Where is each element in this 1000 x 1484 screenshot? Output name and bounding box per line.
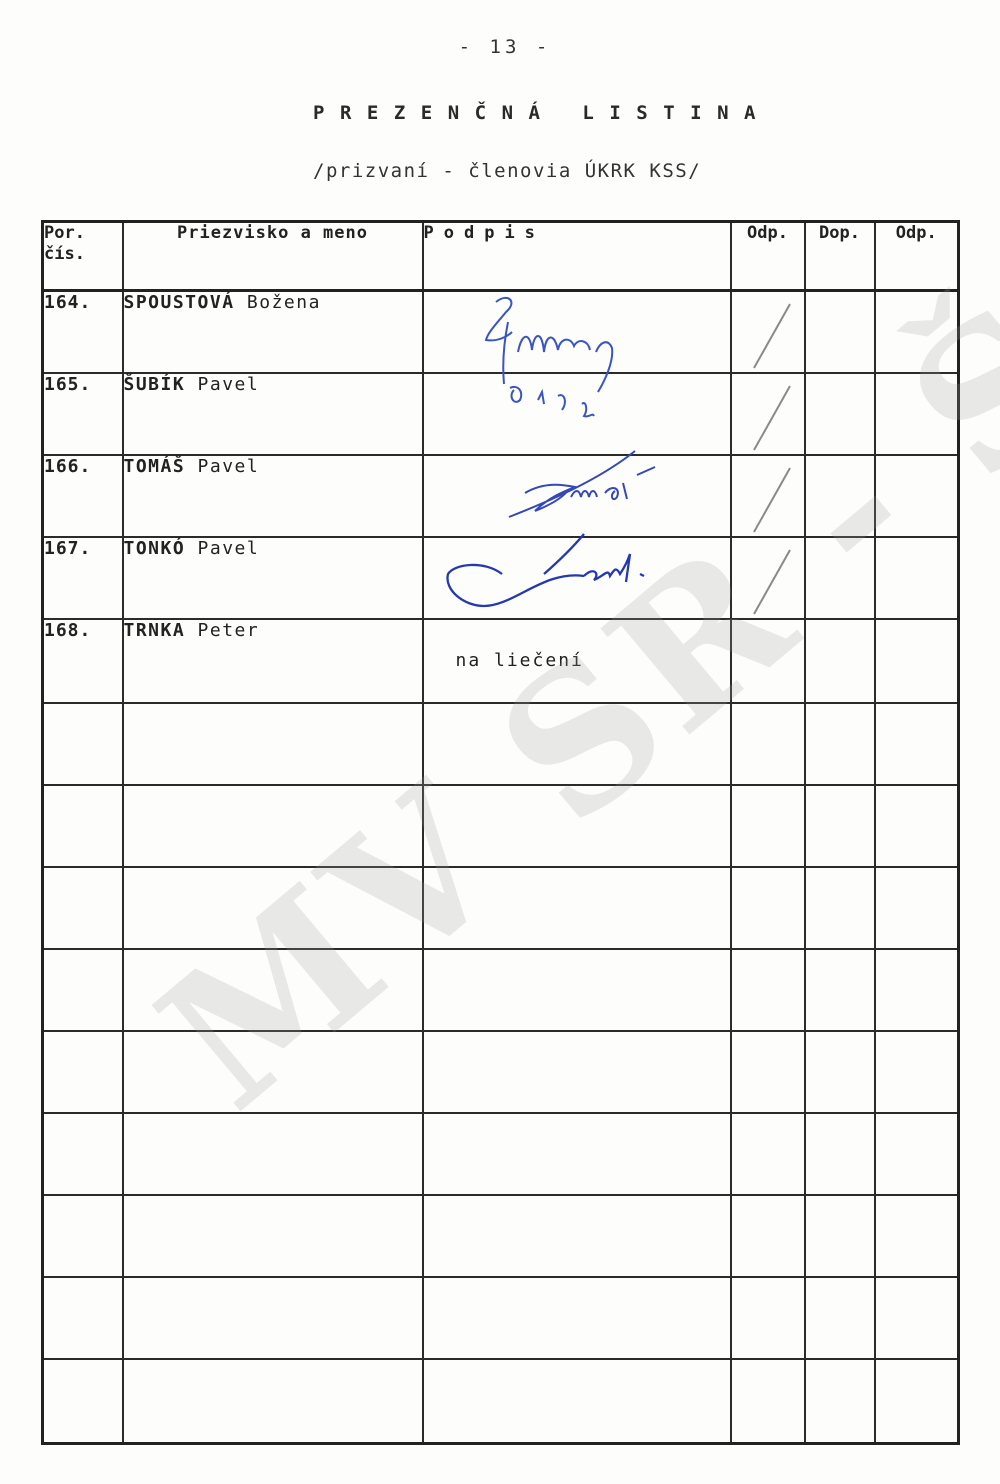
row-first-name: Peter [198, 620, 260, 641]
row-odp-2-cell[interactable] [875, 867, 959, 949]
document-subtitle: /prizvaní - členovia ÚKRK KSS/ [313, 160, 701, 182]
row-number [43, 1359, 123, 1444]
header-dop: Dop. [805, 222, 875, 291]
row-odp-2-cell[interactable] [875, 1277, 959, 1359]
row-dop-cell[interactable] [805, 785, 875, 867]
row-odp-2-cell[interactable] [875, 537, 959, 619]
row-odp-2-cell[interactable] [875, 1359, 959, 1444]
row-number: 164. [43, 291, 123, 374]
row-signature-cell[interactable] [423, 1113, 731, 1195]
row-signature-cell[interactable] [423, 1359, 731, 1444]
row-surname: TONKÓ [124, 538, 186, 559]
row-dop-cell[interactable] [805, 1195, 875, 1277]
row-number: 167. [43, 537, 123, 619]
row-dop-cell[interactable] [805, 867, 875, 949]
row-signature-cell[interactable] [423, 703, 731, 785]
row-number [43, 1113, 123, 1195]
row-name: TONKÓ Pavel [123, 537, 423, 619]
row-name: TRNKA Peter [123, 619, 423, 703]
row-dop-cell[interactable] [805, 949, 875, 1031]
row-dop-cell[interactable] [805, 455, 875, 537]
table-row [43, 1113, 959, 1195]
row-odp-2-cell[interactable] [875, 455, 959, 537]
row-dop-cell[interactable] [805, 619, 875, 703]
row-odp-2-cell[interactable] [875, 373, 959, 455]
table-row [43, 785, 959, 867]
row-dop-cell[interactable] [805, 537, 875, 619]
row-odp-2-cell[interactable] [875, 785, 959, 867]
row-first-name: Pavel [198, 538, 260, 559]
row-odp-2-cell[interactable] [875, 291, 959, 374]
row-number [43, 1195, 123, 1277]
row-name [123, 703, 423, 785]
signature-tonko [444, 530, 684, 615]
header-name: Priezvisko a meno [123, 222, 423, 291]
row-odp-1-cell[interactable] [731, 703, 805, 785]
row-dop-cell[interactable] [805, 1113, 875, 1195]
row-odp-1-cell[interactable] [731, 1113, 805, 1195]
row-odp-1-cell[interactable] [731, 1195, 805, 1277]
row-name: ŠUBÍK Pavel [123, 373, 423, 455]
row-number [43, 703, 123, 785]
row-name [123, 1277, 423, 1359]
row-signature-note: na liečení [456, 650, 584, 671]
pencil-tick-icon [746, 382, 796, 452]
table-header-row: Por. čís. Priezvisko a meno Podpis Odp. … [43, 222, 959, 291]
table-row [43, 703, 959, 785]
row-name: SPOUSTOVÁ Božena [123, 291, 423, 374]
row-name [123, 785, 423, 867]
row-dop-cell[interactable] [805, 1031, 875, 1113]
table-row [43, 1277, 959, 1359]
row-first-name: Pavel [198, 456, 260, 477]
table-row [43, 949, 959, 1031]
row-odp-1-cell[interactable] [731, 291, 805, 374]
row-signature-cell[interactable] [423, 1031, 731, 1113]
row-number: 165. [43, 373, 123, 455]
row-name [123, 1031, 423, 1113]
pencil-tick-icon [746, 464, 796, 534]
table-row: 168. TRNKA Peter na liečení [43, 619, 959, 703]
pencil-tick-icon [746, 546, 796, 616]
header-signature: Podpis [423, 222, 731, 291]
row-odp-2-cell[interactable] [875, 703, 959, 785]
row-odp-1-cell[interactable] [731, 949, 805, 1031]
row-number [43, 1277, 123, 1359]
row-odp-2-cell[interactable] [875, 1195, 959, 1277]
header-odp-2: Odp. [875, 222, 959, 291]
row-odp-1-cell[interactable] [731, 867, 805, 949]
row-dop-cell[interactable] [805, 291, 875, 374]
header-number: Por. čís. [43, 222, 123, 291]
row-number [43, 785, 123, 867]
row-odp-2-cell[interactable] [875, 619, 959, 703]
row-number: 168. [43, 619, 123, 703]
table-row [43, 867, 959, 949]
row-odp-2-cell[interactable] [875, 1031, 959, 1113]
row-number: 166. [43, 455, 123, 537]
row-odp-1-cell[interactable] [731, 537, 805, 619]
signature-tomas [505, 445, 705, 530]
row-odp-1-cell[interactable] [731, 455, 805, 537]
row-number [43, 1031, 123, 1113]
header-number-line1: Por. [44, 223, 122, 244]
table-row [43, 1195, 959, 1277]
page-number: - 13 - [0, 36, 1000, 58]
row-odp-2-cell[interactable] [875, 949, 959, 1031]
row-odp-1-cell[interactable] [731, 1031, 805, 1113]
row-name: TOMÁŠ Pavel [123, 455, 423, 537]
table-row [43, 1031, 959, 1113]
row-odp-1-cell[interactable] [731, 1277, 805, 1359]
signature-spoustova [478, 292, 678, 442]
row-number [43, 949, 123, 1031]
row-signature-cell[interactable] [423, 1277, 731, 1359]
row-name [123, 1195, 423, 1277]
row-odp-1-cell[interactable] [731, 373, 805, 455]
row-name [123, 1359, 423, 1444]
row-signature-cell[interactable] [423, 867, 731, 949]
row-first-name: Pavel [198, 374, 260, 395]
row-dop-cell[interactable] [805, 373, 875, 455]
row-surname: ŠUBÍK [124, 374, 186, 395]
row-first-name: Božena [247, 292, 321, 313]
row-surname: TRNKA [124, 620, 186, 641]
row-signature-cell[interactable] [423, 785, 731, 867]
row-surname: SPOUSTOVÁ [124, 292, 235, 313]
row-name [123, 867, 423, 949]
row-signature-cell[interactable] [423, 949, 731, 1031]
row-dop-cell[interactable] [805, 1277, 875, 1359]
row-dop-cell[interactable] [805, 703, 875, 785]
row-signature-cell[interactable]: na liečení [423, 619, 731, 703]
row-dop-cell[interactable] [805, 1359, 875, 1444]
row-odp-1-cell[interactable] [731, 785, 805, 867]
table-row: 166. TOMÁŠ Pavel [43, 455, 959, 537]
row-odp-1-cell[interactable] [731, 619, 805, 703]
header-number-line2: čís. [44, 244, 122, 265]
row-name [123, 1113, 423, 1195]
document-title: PREZENČNÁ LISTINA [313, 102, 771, 124]
row-signature-cell[interactable] [423, 1195, 731, 1277]
row-number [43, 867, 123, 949]
row-odp-2-cell[interactable] [875, 1113, 959, 1195]
row-surname: TOMÁŠ [124, 456, 186, 477]
row-odp-1-cell[interactable] [731, 1359, 805, 1444]
table-row [43, 1359, 959, 1444]
pencil-tick-icon [746, 300, 796, 370]
header-odp-1: Odp. [731, 222, 805, 291]
row-name [123, 949, 423, 1031]
